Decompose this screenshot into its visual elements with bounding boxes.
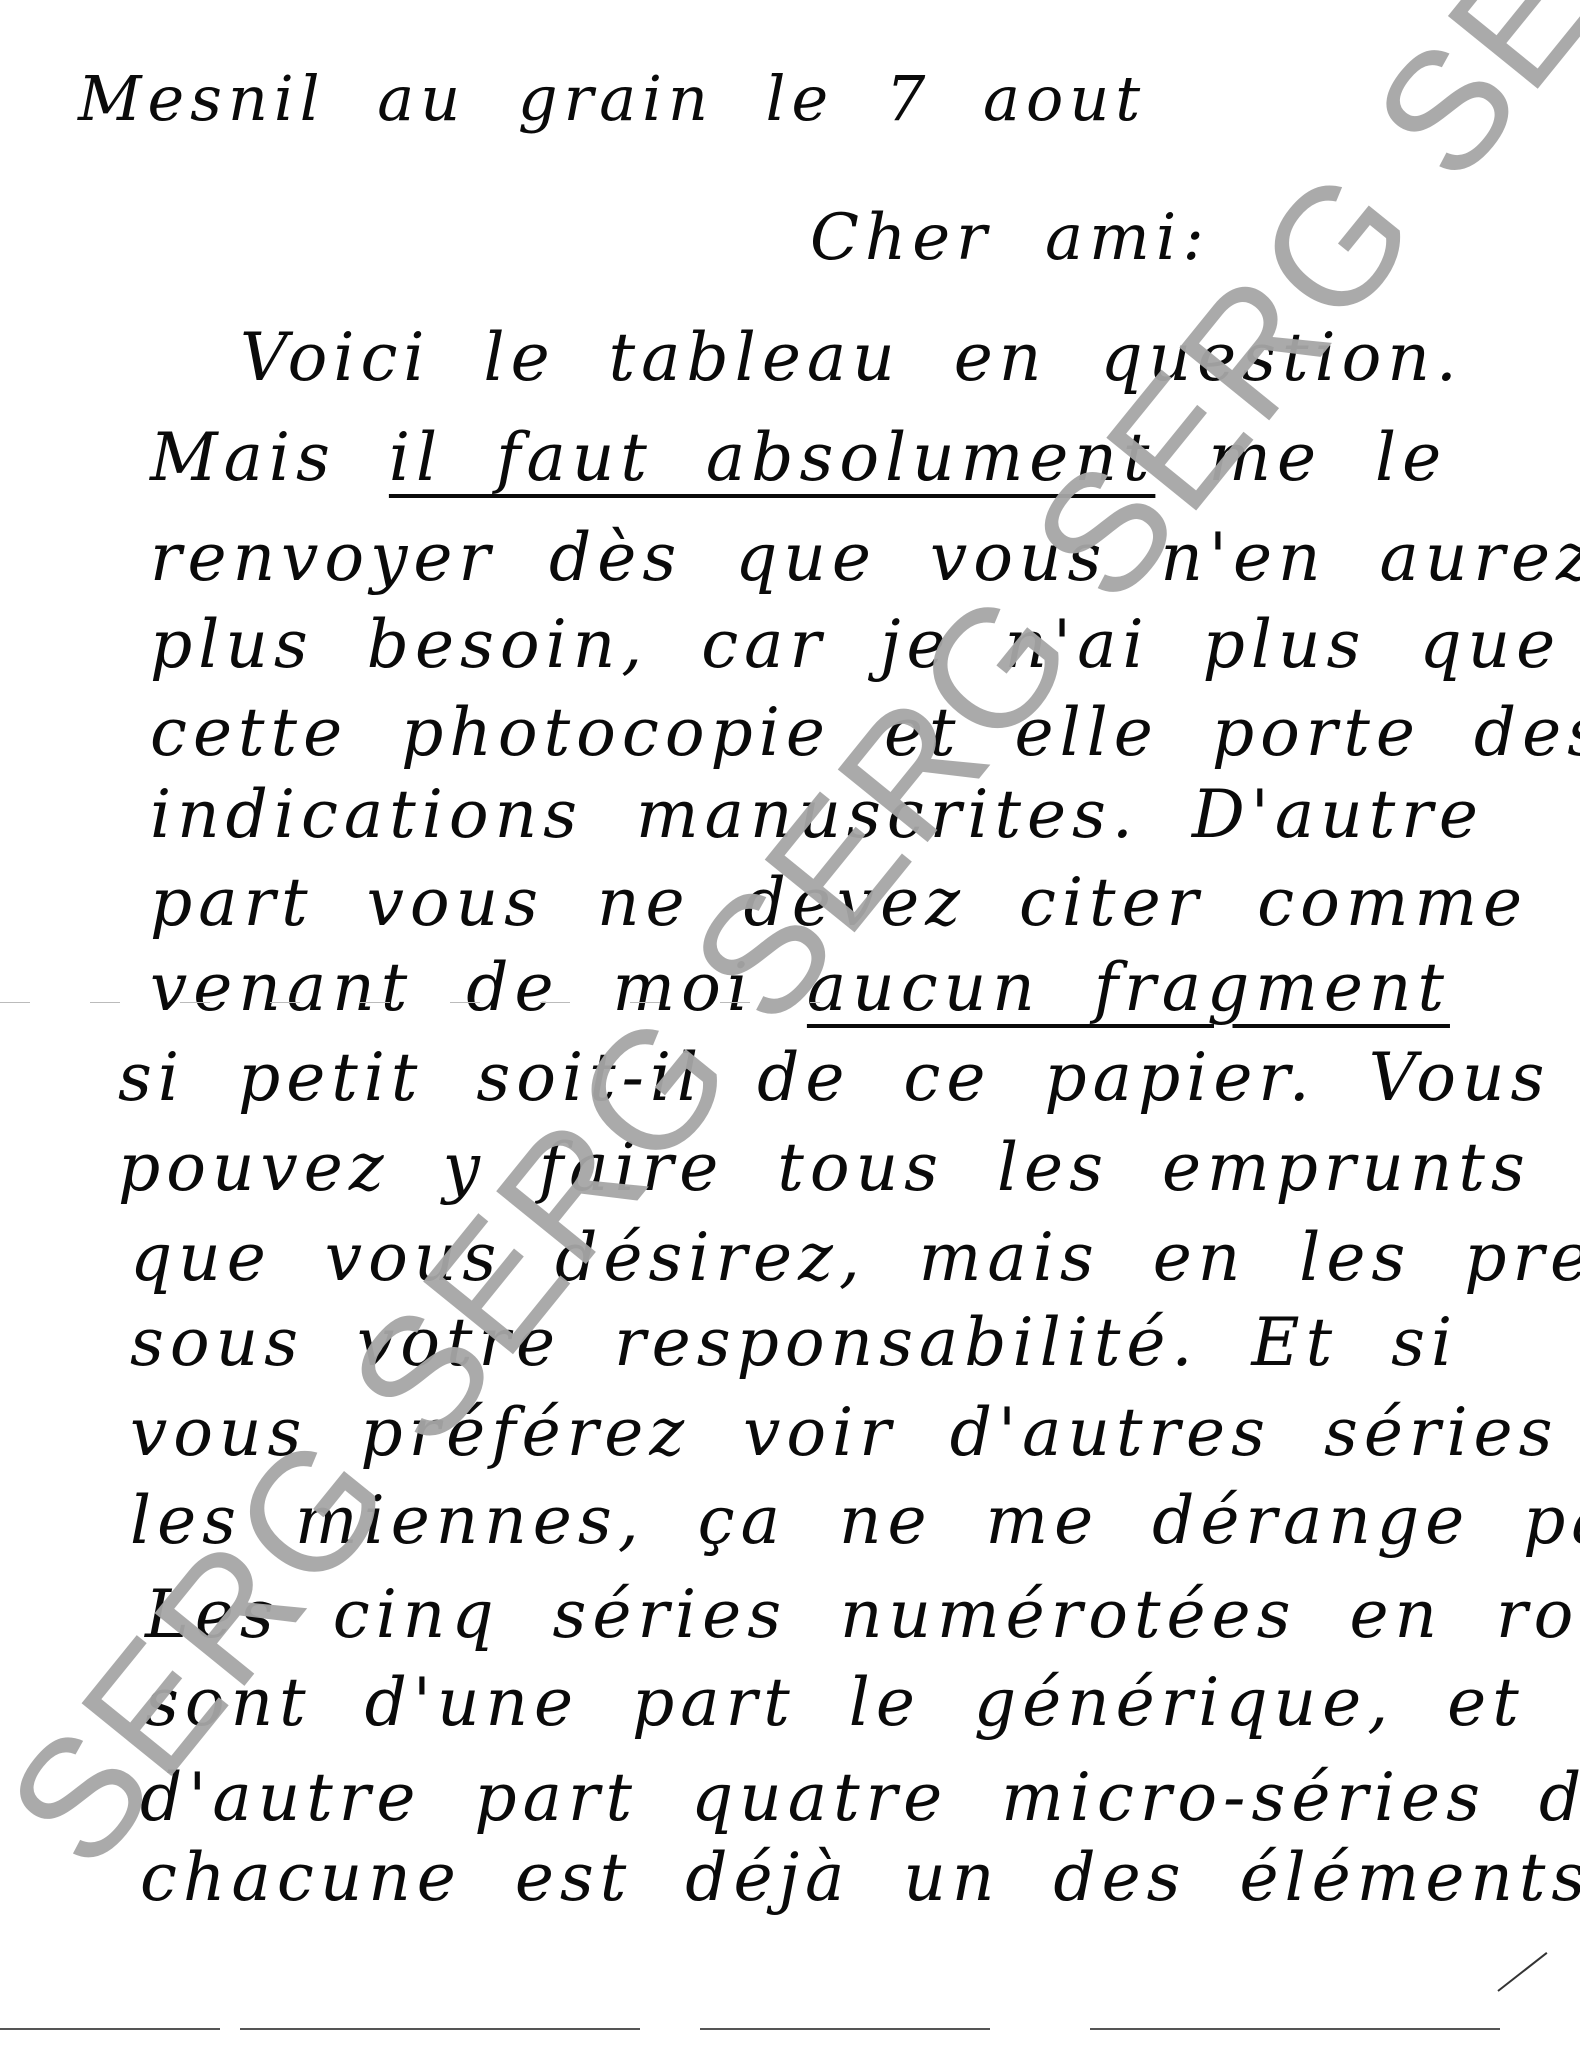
salutation: Cher ami: xyxy=(810,206,1210,270)
scan-bottom-edge xyxy=(0,2028,1500,2030)
body-line-1: Voici le tableau en question. xyxy=(240,325,1463,391)
body-line-17: d'autre part quatre micro-séries dont xyxy=(140,1765,1580,1831)
body-line-12: sous votre responsabilité. Et si xyxy=(130,1310,1458,1376)
letter-page: Mesnil au grain le 7 aout Cher ami: Voic… xyxy=(0,0,1580,2048)
body-line-4: plus besoin, car je n'ai plus que xyxy=(150,612,1561,678)
body-line-16: sont d'une part le générique, et xyxy=(145,1670,1525,1736)
body-line-2: Mais il faut absolument me le xyxy=(150,425,1447,491)
body-line-8: venant de moi aucun fragment xyxy=(150,955,1450,1021)
body-line-6: indications manuscrites. D'autre xyxy=(150,782,1484,848)
body-line-9: si petit soit-il de ce papier. Vous xyxy=(118,1045,1550,1111)
body-line-18: chacune est déjà un des éléments xyxy=(140,1845,1580,1911)
body-line-7: part vous ne devez citer comme xyxy=(150,870,1528,936)
scan-corner-fold xyxy=(1497,1952,1547,1992)
body-line-15: Les cinq séries numérotées en rouge xyxy=(145,1582,1580,1648)
body-line-13: vous préférez voir d'autres séries que xyxy=(130,1400,1580,1466)
body-line-10: pouvez y faire tous les emprunts xyxy=(118,1135,1531,1201)
body-line-8-before: venant de moi xyxy=(150,949,807,1026)
body-line-14: les miennes, ça ne me dérange pas. xyxy=(130,1488,1580,1554)
place-date-line: Mesnil au grain le 7 aout xyxy=(78,68,1146,130)
body-line-2-after: me le xyxy=(1155,419,1447,496)
scan-artifact-dashes xyxy=(0,1002,820,1003)
underlined-emphasis: aucun fragment xyxy=(807,949,1450,1026)
body-line-3: renvoyer dès que vous n'en aurez xyxy=(150,525,1580,591)
underlined-emphasis: il faut absolument xyxy=(389,419,1155,496)
body-line-5: cette photocopie et elle porte des xyxy=(150,700,1580,766)
body-line-11: que vous désirez, mais en les prenant xyxy=(130,1225,1580,1291)
body-line-2-before: Mais xyxy=(150,419,389,496)
